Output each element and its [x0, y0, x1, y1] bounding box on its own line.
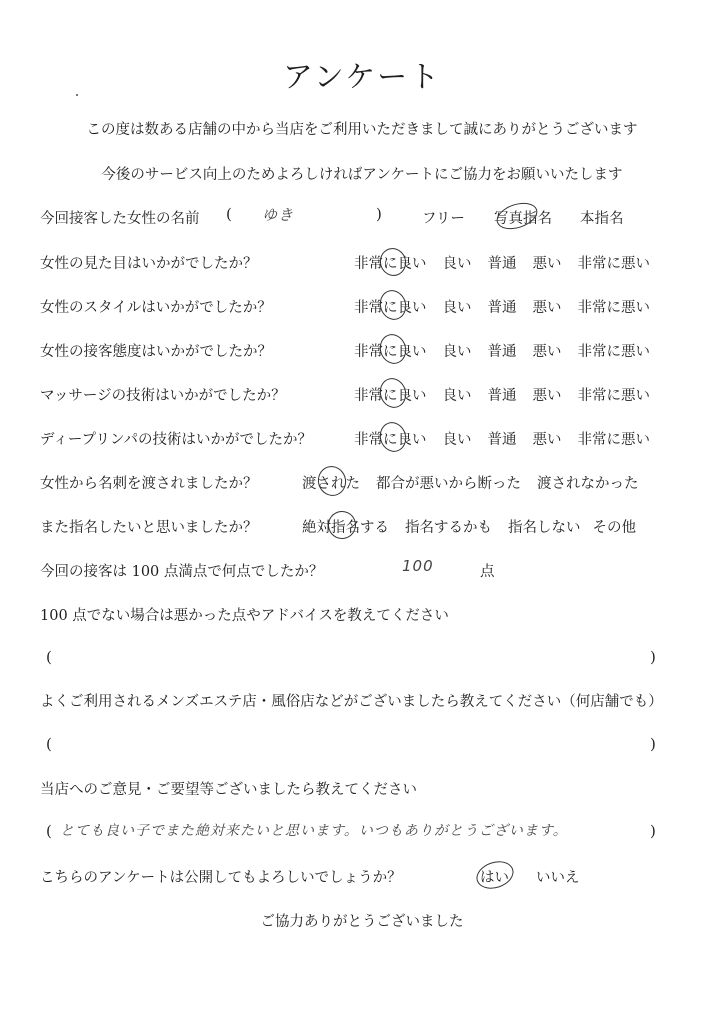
page-title: アンケート [0, 52, 724, 96]
option-definitely[interactable]: 絶対指名する [302, 516, 389, 537]
advice-question-label: 100 点でない場合は悪かった点やアドバイスを教えてください [40, 604, 449, 625]
option-label: 非常に良い [354, 256, 427, 272]
option-very-bad[interactable]: 非常に悪い [578, 296, 651, 317]
name-close-paren: ) [376, 205, 382, 223]
option-good[interactable]: 良い [443, 340, 472, 361]
other-shops-field[interactable] [70, 735, 630, 755]
option-declined[interactable]: 都合が悪いから断った [376, 472, 521, 493]
option-very-bad[interactable]: 非常に悪い [578, 340, 651, 361]
option-average[interactable]: 普通 [488, 296, 517, 317]
score-question-label: 今回の接客は 100 点満点で何点でしたか？ [40, 560, 323, 581]
option-regular-nomination[interactable]: 本指名 [580, 207, 624, 228]
advice-open-paren: ( [46, 648, 52, 666]
feedback-close-paren: ) [650, 822, 656, 840]
option-good[interactable]: 良い [443, 384, 472, 405]
option-good[interactable]: 良い [443, 296, 472, 317]
option-very-bad[interactable]: 非常に悪い [578, 252, 651, 273]
rating-options: 非常に良い 良い 普通 悪い 非常に悪い [354, 340, 650, 361]
feedback-field[interactable]: とても良い子でまた絶対来たいと思います。いつもありがとうございます。 [60, 820, 568, 840]
option-very-good[interactable]: 非常に良い [354, 428, 427, 449]
option-yes[interactable]: はい [480, 866, 509, 887]
option-not-received[interactable]: 渡されなかった [537, 472, 639, 493]
option-maybe[interactable]: 指名するかも [405, 516, 492, 537]
card-options: 渡された 都合が悪いから断った 渡されなかった [302, 472, 639, 493]
score-unit: 点 [480, 560, 495, 581]
option-label: 非常に良い [354, 432, 427, 448]
score-field[interactable]: 100 [402, 557, 434, 575]
option-average[interactable]: 普通 [488, 252, 517, 273]
option-bad[interactable]: 悪い [533, 296, 562, 317]
option-average[interactable]: 普通 [488, 428, 517, 449]
intro-line-2: 今後のサービス向上のためよろしければアンケートにご協力をお願いいたします [0, 163, 724, 184]
option-label: 非常に良い [354, 344, 427, 360]
rating-label: ディープリンパの技術はいかがでしたか？ [40, 428, 312, 449]
option-average[interactable]: 普通 [488, 384, 517, 405]
option-very-good[interactable]: 非常に良い [354, 384, 427, 405]
other-shops-close-paren: ) [650, 735, 656, 753]
option-bad[interactable]: 悪い [533, 384, 562, 405]
option-very-bad[interactable]: 非常に悪い [578, 384, 651, 405]
option-very-good[interactable]: 非常に良い [354, 252, 427, 273]
option-label: 絶対指名する [302, 520, 389, 536]
option-other[interactable]: その他 [593, 516, 637, 537]
advice-field[interactable] [70, 648, 630, 668]
scan-speck [76, 94, 78, 96]
rating-options: 非常に良い 良い 普通 悪い 非常に悪い [354, 428, 650, 449]
advice-close-paren: ) [650, 648, 656, 666]
rating-label: 女性の見た目はいかがでしたか？ [40, 252, 258, 273]
repeat-options: 絶対指名する 指名するかも 指名しない その他 [302, 516, 636, 537]
feedback-open-paren: ( [46, 822, 52, 840]
name-open-paren: ( [226, 205, 232, 223]
option-good[interactable]: 良い [443, 252, 472, 273]
rating-label: 女性のスタイルはいかがでしたか？ [40, 296, 272, 317]
rating-label: マッサージの技術はいかがでしたか？ [40, 384, 286, 405]
option-yes-label: はい [480, 870, 509, 886]
publish-question-label: こちらのアンケートは公開してもよろしいでしょうか？ [40, 866, 402, 887]
option-received[interactable]: 渡された [302, 472, 360, 493]
option-label: 非常に良い [354, 300, 427, 316]
option-photo-nomination[interactable]: 写真指名 [494, 207, 552, 228]
option-photo-nomination-label: 写真指名 [494, 211, 552, 227]
option-label: 渡された [302, 476, 360, 492]
repeat-question-label: また指名したいと思いましたか？ [40, 516, 258, 537]
name-question-label: 今回接客した女性の名前 [40, 207, 200, 228]
option-no[interactable]: いいえ [536, 866, 580, 887]
option-free[interactable]: フリー [422, 207, 465, 228]
option-very-good[interactable]: 非常に良い [354, 340, 427, 361]
option-very-bad[interactable]: 非常に悪い [578, 428, 651, 449]
option-very-good[interactable]: 非常に良い [354, 296, 427, 317]
option-label: 非常に良い [354, 388, 427, 404]
rating-label: 女性の接客態度はいかがでしたか？ [40, 340, 272, 361]
feedback-question-label: 当店へのご意見・ご要望等ございましたら教えてください [40, 778, 417, 799]
option-no[interactable]: 指名しない [508, 516, 581, 537]
option-average[interactable]: 普通 [488, 340, 517, 361]
intro-line-1: この度は数ある店舗の中から当店をご利用いただきまして誠にありがとうございます [0, 118, 724, 139]
option-good[interactable]: 良い [443, 428, 472, 449]
rating-options: 非常に良い 良い 普通 悪い 非常に悪い [354, 252, 650, 273]
closing-message: ご協力ありがとうございました [0, 910, 724, 931]
name-field[interactable]: ゆき [262, 204, 294, 225]
card-question-label: 女性から名刺を渡されましたか？ [40, 472, 258, 493]
option-bad[interactable]: 悪い [533, 340, 562, 361]
rating-options: 非常に良い 良い 普通 悪い 非常に悪い [354, 384, 650, 405]
option-bad[interactable]: 悪い [533, 252, 562, 273]
option-bad[interactable]: 悪い [533, 428, 562, 449]
other-shops-open-paren: ( [46, 735, 52, 753]
rating-options: 非常に良い 良い 普通 悪い 非常に悪い [354, 296, 650, 317]
other-shops-question-label: よくご利用されるメンズエステ店・風俗店などがございましたら教えてください（何店舗… [40, 690, 663, 711]
